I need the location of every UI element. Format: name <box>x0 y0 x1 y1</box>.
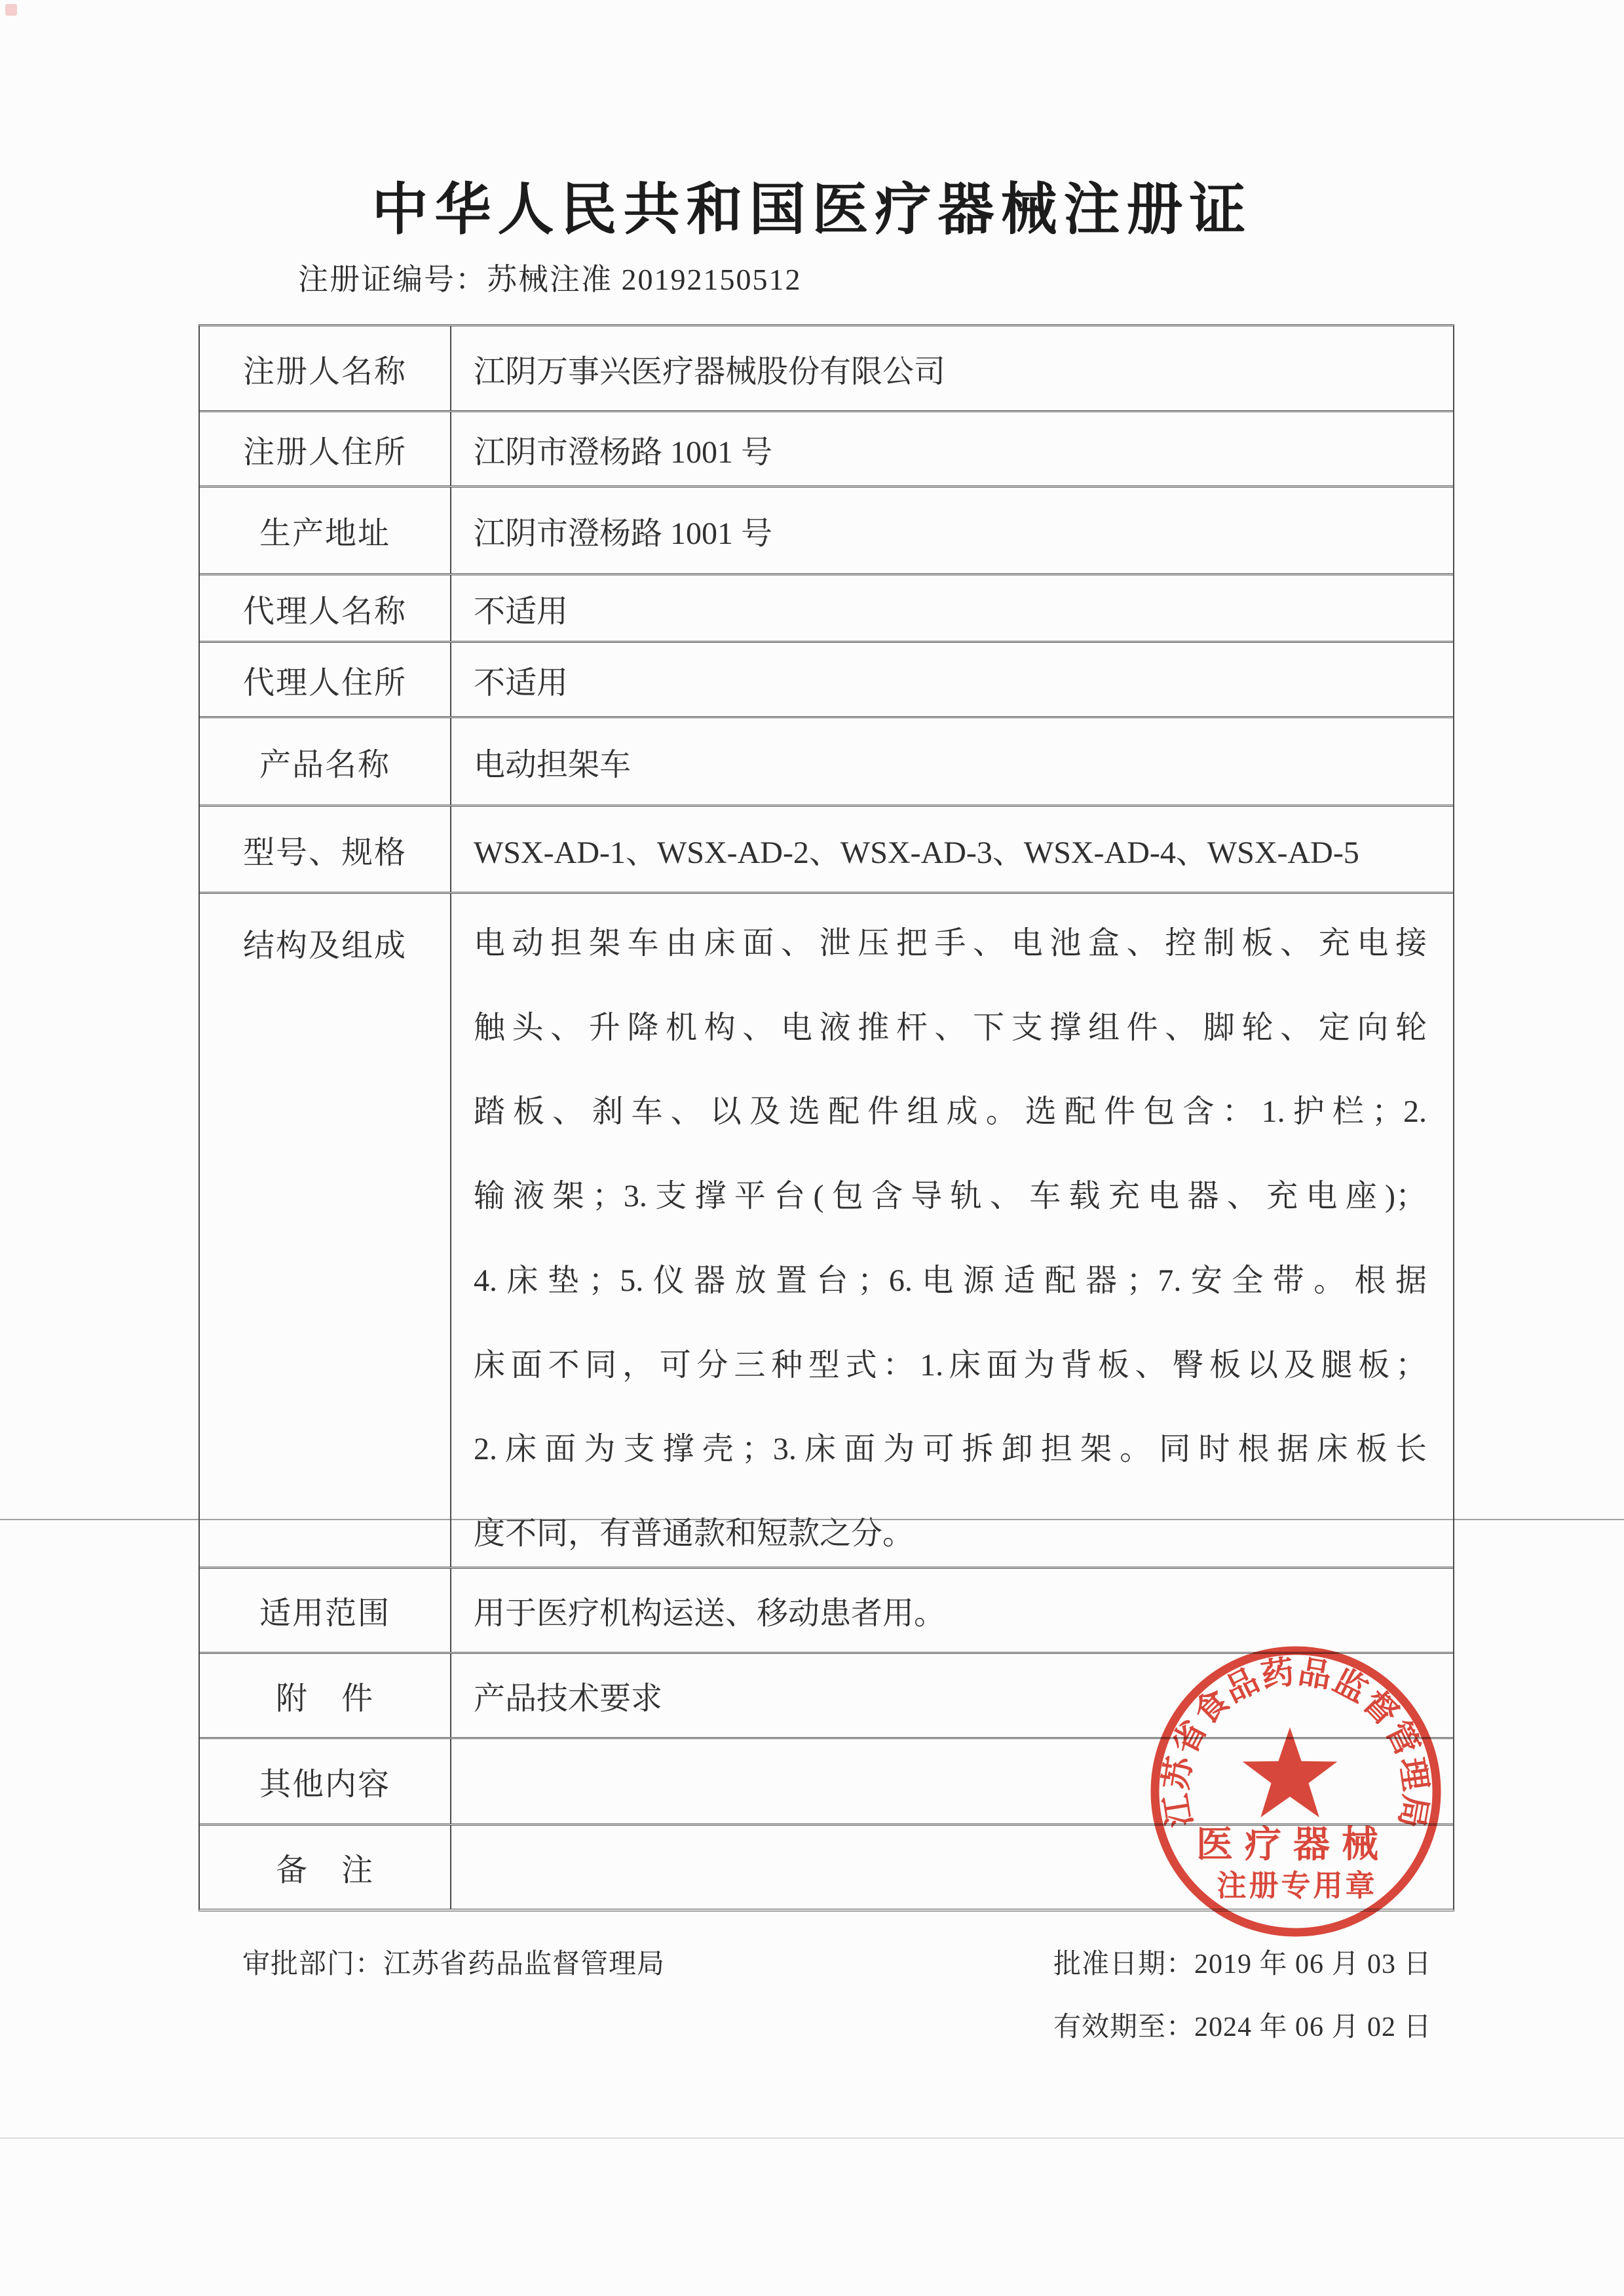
certificate-page: 中华人民共和国医疗器械注册证 注册证编号：苏械注准 20192150512 注册… <box>0 0 1624 2296</box>
scan-artifact-line <box>0 2137 1624 2139</box>
row-label: 生产地址 <box>200 488 451 573</box>
seal-arc-text: 江苏省食品药品监督管理局 <box>1158 1653 1435 1832</box>
row-label: 注册人名称 <box>200 326 451 410</box>
row-label: 注册人住所 <box>200 412 451 486</box>
table-row: 型号、规格 WSX-AD-1、WSX-AD-2、WSX-AD-3、WSX-AD-… <box>200 805 1453 892</box>
table-row: 代理人名称 不适用 <box>200 573 1453 641</box>
page-title: 中华人民共和国医疗器械注册证 <box>0 164 1624 245</box>
row-value: 电动担架车由床面、泄压把手、电池盒、控制板、充电接 触头、升降机构、电液推杆、下… <box>451 894 1453 1567</box>
official-seal-stamp: 江苏省食品药品监督管理局 医疗器械 注册专用章 <box>1145 1641 1446 1942</box>
row-value: 用于医疗机构运送、移动患者用。 <box>451 1569 1453 1652</box>
structure-line: 电动担架车由床面、泄压把手、电池盒、控制板、充电接 <box>474 902 1427 986</box>
star-icon <box>1243 1727 1338 1818</box>
row-value: 江阴市澄杨路 1001 号 <box>451 488 1453 573</box>
row-label: 代理人住所 <box>200 643 451 716</box>
table-row: 产品名称 电动担架车 <box>200 716 1453 805</box>
scan-artifact-mark <box>5 4 17 16</box>
scan-artifact-line <box>0 1519 1624 1520</box>
structure-line: 触头、升降机构、电液推杆、下支撑组件、脚轮、定向轮 <box>474 986 1427 1071</box>
row-label: 产品名称 <box>200 718 451 805</box>
table-row: 生产地址 江阴市澄杨路 1001 号 <box>200 486 1453 573</box>
row-label: 备 注 <box>200 1826 451 1909</box>
seal-text-line2: 注册专用章 <box>1217 1869 1377 1902</box>
structure-line: 4.床垫；5.仪器放置台；6.电源适配器；7.安全带。根据 <box>474 1239 1427 1324</box>
row-value: 电动担架车 <box>451 718 1453 805</box>
row-label: 附 件 <box>200 1654 451 1737</box>
valid-until-date: 有效期至：2024 年 06 月 02 日 <box>1053 2005 1432 2044</box>
structure-line: 踏板、刹车、以及选配件组成。选配件包含：1.护栏；2. <box>474 1070 1427 1155</box>
row-label: 型号、规格 <box>200 807 451 892</box>
table-row: 注册人名称 江阴万事兴医疗器械股份有限公司 <box>200 326 1453 410</box>
table-row: 代理人住所 不适用 <box>200 641 1453 716</box>
row-label: 适用范围 <box>200 1569 451 1652</box>
registration-number-label: 注册证编号： <box>298 263 487 296</box>
structure-line: 床面不同，可分三种型式：1.床面为背板、臀板以及腿板； <box>474 1324 1427 1408</box>
registration-number-value: 苏械注准 20192150512 <box>487 263 802 296</box>
table-row: 适用范围 用于医疗机构运送、移动患者用。 <box>200 1567 1453 1652</box>
row-label: 其他内容 <box>200 1739 451 1824</box>
structure-line: 度不同，有普通款和短款之分。 <box>474 1492 1427 1577</box>
structure-line: 2.床面为支撑壳；3.床面为可拆卸担架。同时根据床板长 <box>474 1407 1427 1492</box>
row-value: WSX-AD-1、WSX-AD-2、WSX-AD-3、WSX-AD-4、WSX-… <box>451 807 1453 892</box>
row-label: 结构及组成 <box>200 894 451 1567</box>
row-value: 不适用 <box>451 575 1453 641</box>
row-value: 江阴市澄杨路 1001 号 <box>451 412 1453 486</box>
structure-line: 输液架；3.支撑平台(包含导轨、车载充电器、充电座)； <box>474 1155 1427 1239</box>
approval-date: 批准日期：2019 年 06 月 03 日 <box>1053 1942 1432 1981</box>
table-row: 结构及组成 电动担架车由床面、泄压把手、电池盒、控制板、充电接 触头、升降机构、… <box>200 892 1453 1567</box>
row-label: 代理人名称 <box>200 575 451 641</box>
registration-number: 注册证编号：苏械注准 20192150512 <box>298 256 802 299</box>
seal-text-line1: 医疗器械 <box>1196 1825 1390 1865</box>
approval-department: 审批部门：江苏省药品监督管理局 <box>242 1942 665 1981</box>
table-row: 注册人住所 江阴市澄杨路 1001 号 <box>200 410 1453 486</box>
row-value: 不适用 <box>451 643 1453 716</box>
row-value: 江阴万事兴医疗器械股份有限公司 <box>451 326 1453 410</box>
